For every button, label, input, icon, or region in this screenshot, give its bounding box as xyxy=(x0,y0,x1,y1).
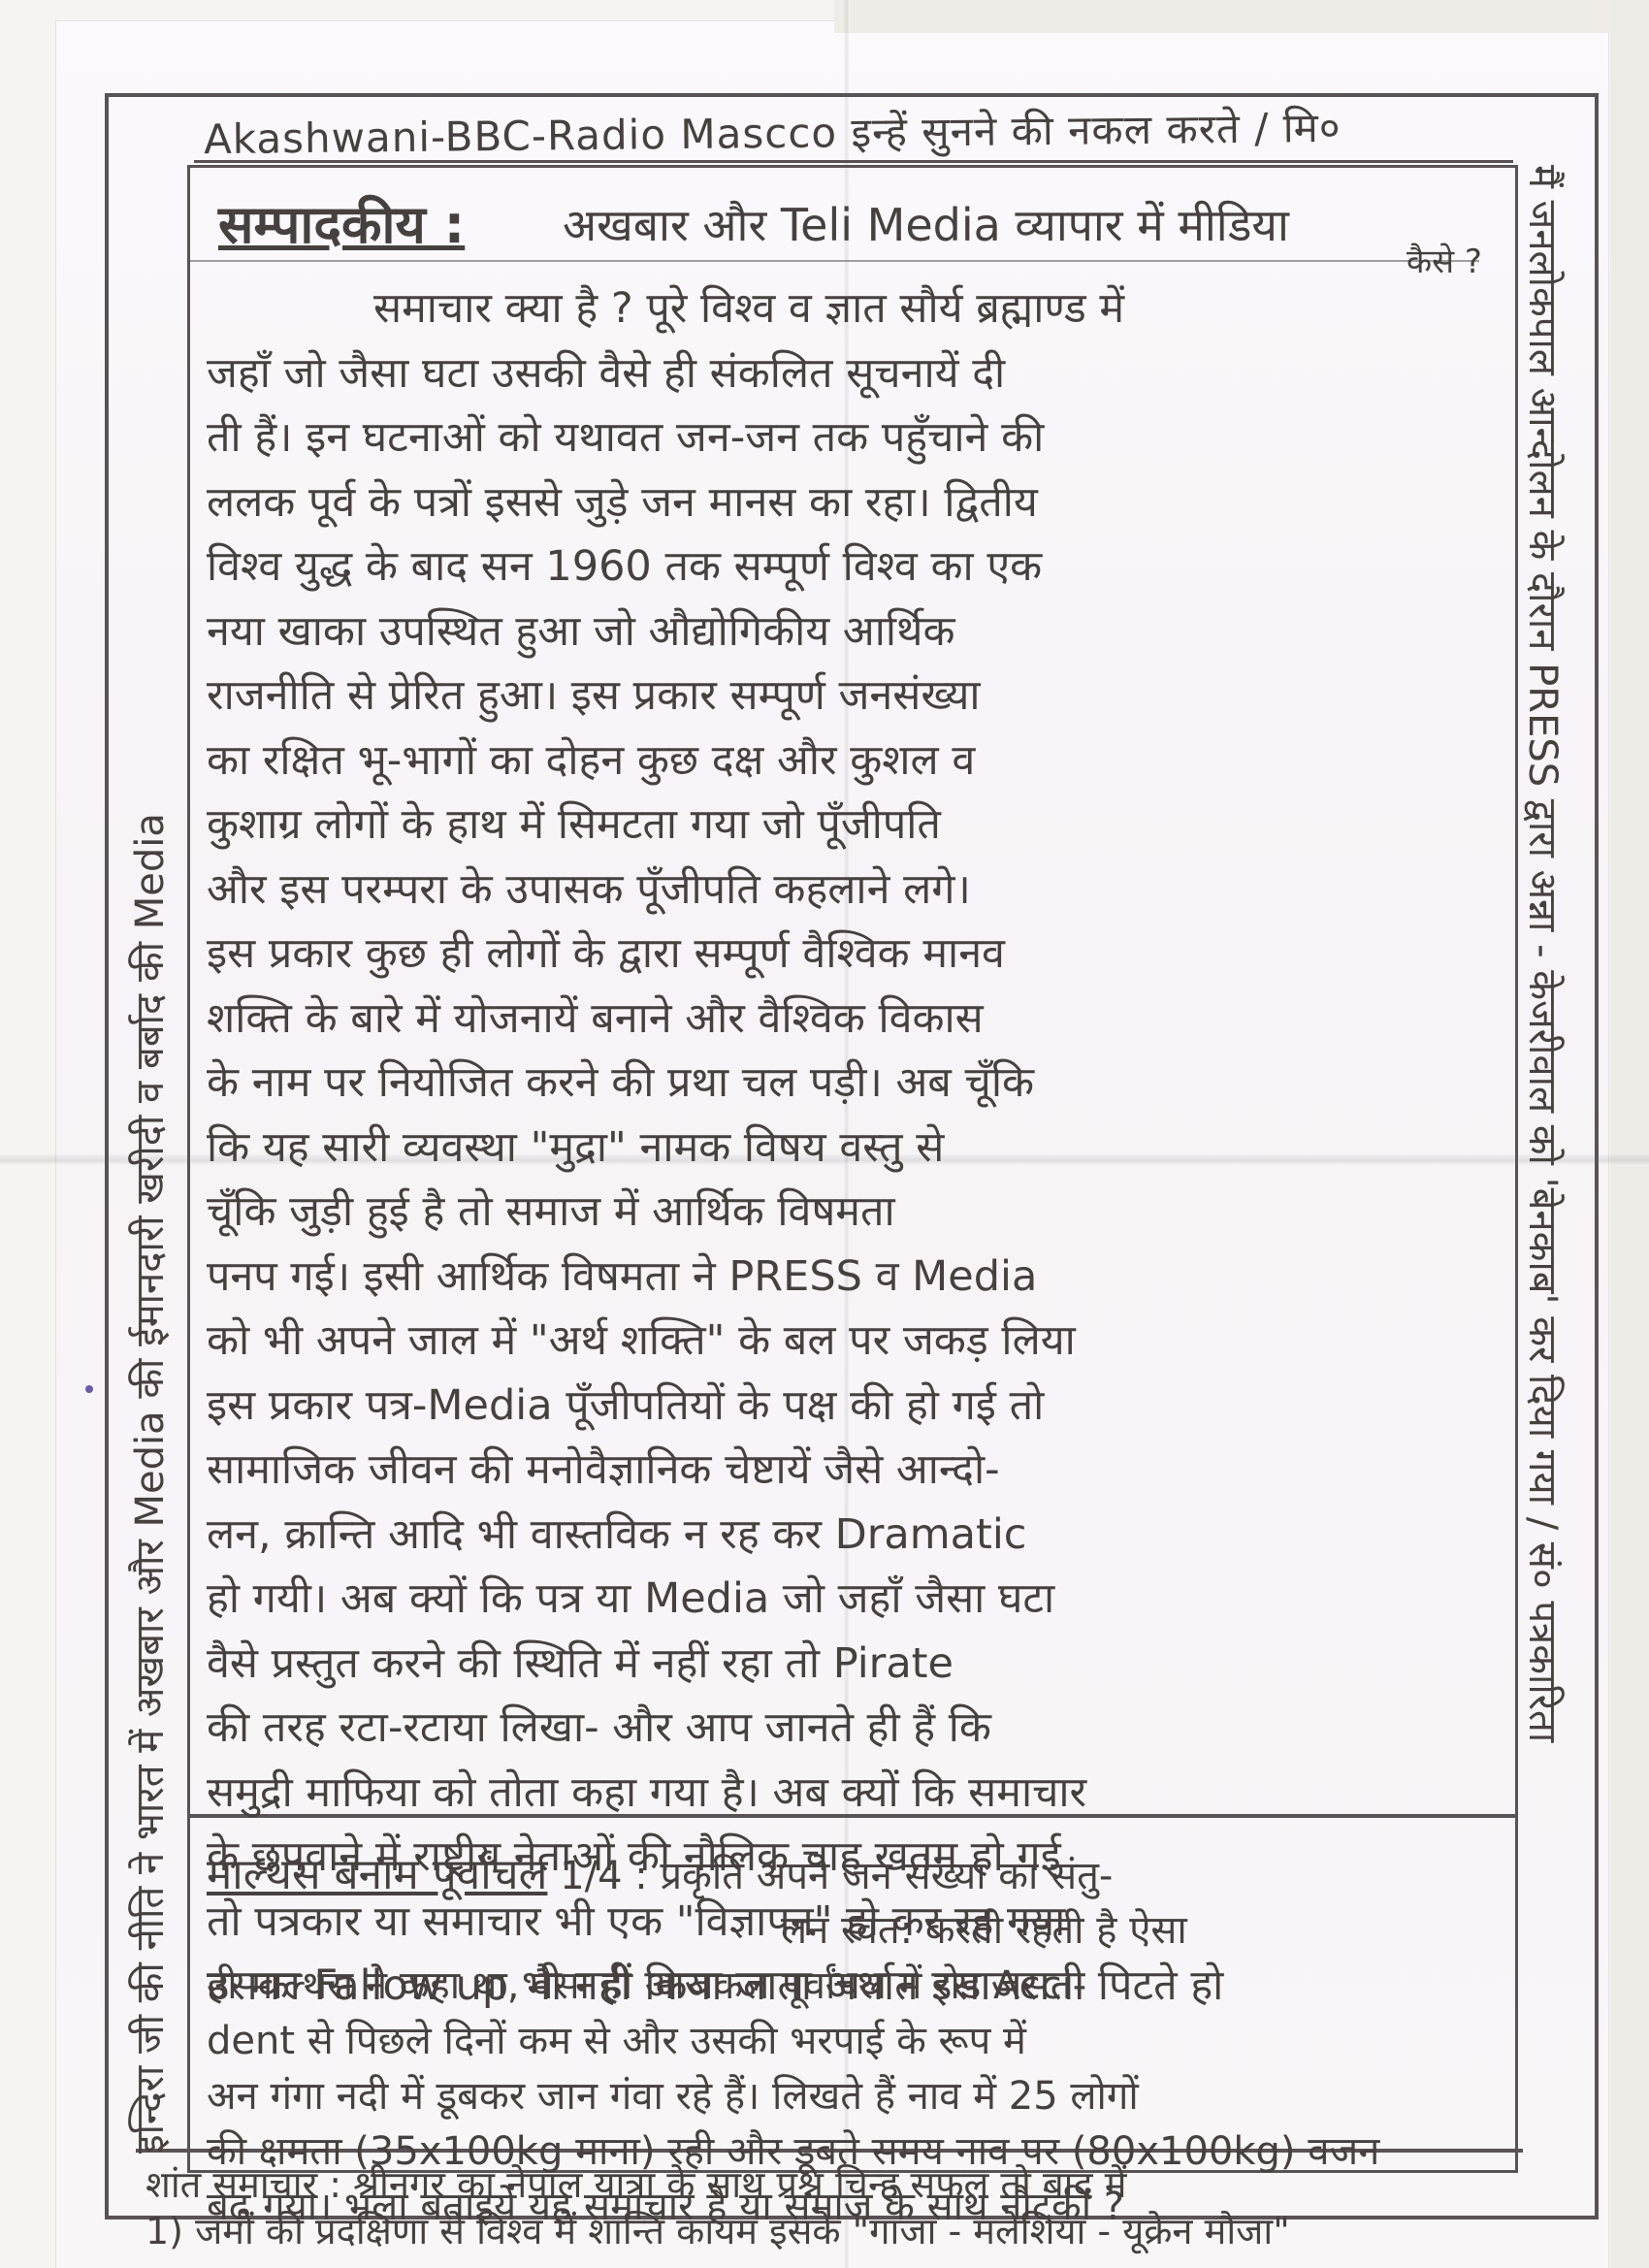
paper-top-edge xyxy=(834,0,1610,33)
editorial-line: इस प्रकार कुछ ही लोगों के द्वारा सम्पूर्… xyxy=(199,922,1518,987)
editorial-line: और इस परम्परा के उपासक पूँजीपति कहलाने ल… xyxy=(199,858,1518,923)
editorial-line: राजनीति से प्रेरित हुआ। इस प्रकार सम्पूर… xyxy=(199,664,1518,729)
section-line: लन स्वत: करती रहती है ऐसा xyxy=(199,1903,1518,1959)
section-number: 1/4 xyxy=(560,1854,622,1898)
editorial-line: नया खाका उपस्थित हुआ जो औद्योगिकीय आर्थि… xyxy=(199,599,1518,664)
editorial-line: लन, क्रान्ति आदि भी वास्तविक न रह कर Dra… xyxy=(199,1503,1518,1568)
editorial-line: वैसे प्रस्तुत करने की स्थिति में नहीं रह… xyxy=(199,1632,1518,1697)
editorial-title: सम्पादकीय : xyxy=(218,186,465,258)
editorial-body: समाचार क्या है ? पूरे विश्व व ज्ञात सौर्… xyxy=(199,276,1518,2019)
section-line: dent से पिछले दिनों कम से और उसकी भरपाई … xyxy=(199,2014,1518,2069)
editorial-line: ती हैं। इन घटनाओं को यथावत जन-जन तक पहुँ… xyxy=(199,405,1518,470)
editorial-subtitle: अखबार और Teli Media व्यापार में मीडिया xyxy=(563,194,1289,254)
title-underline xyxy=(189,260,1479,262)
left-margin-note: इन्दिरा जी की नीति ने भारत में अखबार और … xyxy=(121,155,175,2154)
scanner-edge xyxy=(1610,0,1649,2268)
footer-notes: शांत समाचार : श्रीनगर का नेपाल यात्रा के… xyxy=(145,2161,1533,2254)
editorial-line: पनप गई। इसी आर्थिक विषमता ने PRESS व Med… xyxy=(199,1245,1518,1310)
editorial-line: शक्ति के बारे में योजनायें बनाने और वैश्… xyxy=(199,987,1518,1052)
editorial-line: कुशाग्र लोगों के हाथ में सिमटता गया जो प… xyxy=(199,793,1518,858)
editorial-line: का रक्षित भू-भागों का दोहन कुछ दक्ष और क… xyxy=(199,729,1518,794)
editorial-line: को भी अपने जाल में "अर्थ शक्ति" के बल पर… xyxy=(199,1309,1518,1374)
section-title: माल्थस बनाम पूर्वांचल xyxy=(207,1848,547,1902)
editorial-line: समुद्री माफिया को तोता कहा गया है। अब क्… xyxy=(199,1761,1518,1826)
editorial-line: चूँकि जुड़ी हुई है तो समाज में आर्थिक वि… xyxy=(199,1180,1518,1245)
footer-line: शांत समाचार : श्रीनगर का नेपाल यात्रा के… xyxy=(145,2161,1533,2208)
editorial-line: ललक पूर्व के पत्रों इससे जुड़े जन मानस क… xyxy=(199,470,1518,535)
section-line-0: : प्रकृति अपने जन संख्या का संतु- xyxy=(634,1854,1113,1898)
editorial-line: हो गयी। अब क्यों कि पत्र या Media जो जहा… xyxy=(199,1567,1518,1632)
editorial-line: सामाजिक जीवन की मनोवैज्ञानिक चेष्टायें ज… xyxy=(199,1438,1518,1503)
editorial-line: कि यह सारी व्यवस्था "मुद्रा" नामक विषय व… xyxy=(199,1116,1518,1181)
footer-line: 1) जमों की प्रदक्षिणा से विश्व में शान्त… xyxy=(145,2208,1533,2254)
section-line: अन गंगा नदी में डूबकर जान गंवा रहे हैं। … xyxy=(199,2069,1518,2124)
editorial-line: समाचार क्या है ? पूरे विश्व व ज्ञात सौर्… xyxy=(199,276,1518,341)
editorial-line: इस प्रकार पत्र-Media पूँजीपतियों के पक्ष… xyxy=(199,1374,1518,1439)
ink-mark xyxy=(85,1385,93,1393)
right-margin-note: मैं जनलोकपाल आन्दोलन के दौरान PRESS द्वा… xyxy=(1518,165,1571,2163)
editorial-line: के नाम पर नियोजित करने की प्रथा चल पड़ी।… xyxy=(199,1051,1518,1116)
section-heading-line: माल्थस बनाम पूर्वांचल 1/4 : प्रकृति अपने… xyxy=(199,1848,1518,1903)
editorial-line: की तरह रटा-रटाया लिखा- और आप जानते ही है… xyxy=(199,1696,1518,1761)
editorial-line: जहाँ जो जैसा घटा उसकी वैसे ही संकलित सूच… xyxy=(199,341,1518,406)
editorial-line: विश्व युद्ध के बाद सन 1960 तक सम्पूर्ण व… xyxy=(199,535,1518,599)
section-line: ही माल्थस ने कहा था, वैसा ही आजकल पूर्वा… xyxy=(199,1959,1518,2014)
